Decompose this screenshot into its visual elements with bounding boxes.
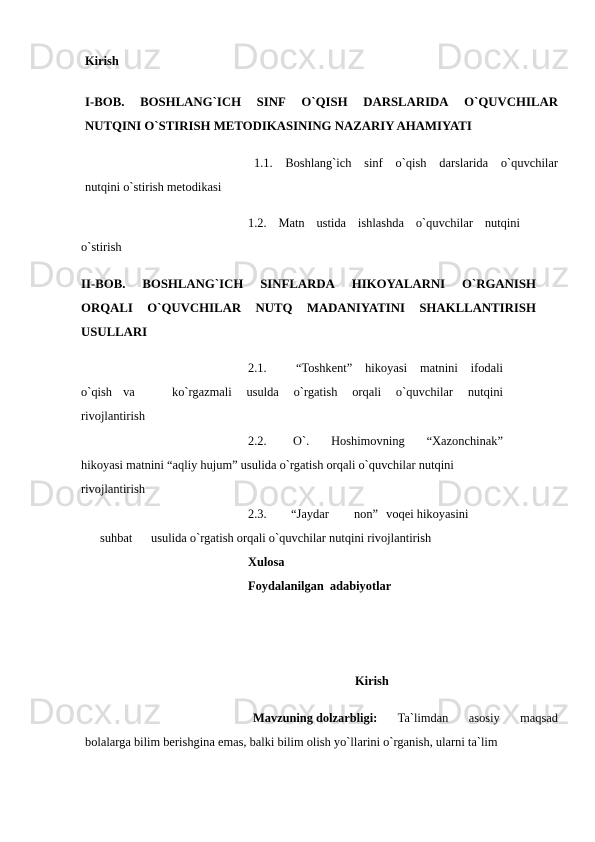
- word: non”: [354, 507, 378, 521]
- toc-references[interactable]: Foydalanilgan adabiyotlar: [248, 580, 391, 592]
- toc-section-1-1-line2[interactable]: nutqini o`stirish metodikasi: [85, 181, 221, 193]
- word: Ta`limdan: [398, 712, 449, 724]
- word: O`RGANISH: [462, 278, 536, 291]
- section-number: 2.3.: [248, 508, 267, 520]
- toc-chapter1-title-line1[interactable]: I-BOB. BOSHLANG`ICH SINF O`QISH DARSLARI…: [85, 96, 558, 109]
- toc-section-2-3-line2a[interactable]: suhbat: [100, 532, 132, 544]
- word: HIKOYALARNI: [352, 278, 445, 291]
- toc-section-2-1-line1[interactable]: “Toshkent” hikoyasi matnini ifodali: [296, 362, 503, 374]
- paragraph-line1: Mavzuning dolzarbligi: Ta`limdan asosiy …: [253, 712, 558, 724]
- toc-section-2-3-line2b[interactable]: usulida o`rgatish orqali o`quvchilar nut…: [151, 532, 431, 544]
- word: orqali: [352, 386, 381, 398]
- word: DARSLARIDA: [363, 96, 448, 109]
- word: usulda: [246, 386, 278, 398]
- word: nutqini: [468, 386, 503, 398]
- word: ishlashda: [358, 217, 404, 229]
- section-number: 2.2.: [248, 435, 267, 447]
- toc-chapter2-title-line1[interactable]: II-BOB. BOSHLANG`ICH SINFLARDA HIKOYALAR…: [81, 278, 536, 291]
- word: O`QUVCHILAR: [147, 302, 241, 315]
- word: o`rgatish: [294, 386, 338, 398]
- word: BOSHLANG`ICH: [140, 96, 241, 109]
- word: II-BOB.: [81, 278, 125, 291]
- toc-section-2-2-line2[interactable]: hikoyasi matnini “aqliy hujum” usulida o…: [81, 459, 454, 471]
- word: Boshlang`ich: [285, 157, 351, 169]
- toc-section-2-1-line2b[interactable]: ko`rgazmali usulda o`rgatish orqali o`qu…: [172, 386, 503, 398]
- toc-section-2-1-line2a[interactable]: o`qish va: [81, 386, 135, 398]
- word: Hoshimovning: [331, 435, 405, 447]
- word: ifodali: [471, 362, 503, 374]
- word: va: [123, 385, 135, 399]
- watermark: Docx.uz: [436, 38, 570, 75]
- word: SINF: [257, 96, 286, 109]
- word: o`quvchilar: [416, 217, 473, 229]
- toc-chapter2-title-line3[interactable]: USULLARI: [81, 326, 147, 339]
- word: sinf: [364, 157, 383, 169]
- word: Matn: [278, 217, 304, 229]
- word: darslarida: [439, 157, 488, 169]
- section-number: 1.1.: [254, 157, 273, 169]
- word: SHAKLLANTIRISH: [419, 302, 536, 315]
- word: I-BOB.: [85, 96, 124, 109]
- section-number: 1.2.: [248, 217, 267, 229]
- word: o`qish: [396, 157, 427, 169]
- lead-label: Mavzuning dolzarbligi:: [253, 712, 377, 724]
- word: asosiy: [469, 712, 500, 724]
- word: MADANIYATINI: [307, 302, 405, 315]
- word: NUTQ: [255, 302, 292, 315]
- toc-chapter2-title-line2[interactable]: ORQALI O`QUVCHILAR NUTQ MADANIYATINI SHA…: [81, 302, 536, 315]
- watermark: Docx.uz: [232, 38, 366, 75]
- toc-conclusion[interactable]: Xulosa: [248, 556, 285, 568]
- word: nutqini: [485, 217, 520, 229]
- word: “Jaydar: [291, 507, 329, 521]
- word: hikoyasi: [365, 362, 407, 374]
- word: O`.: [293, 435, 309, 447]
- word: SINFLARDA: [260, 278, 335, 291]
- word: O`QUVCHILAR: [464, 96, 558, 109]
- word: o`quvchilar: [396, 386, 453, 398]
- word: o`quvchilar: [501, 157, 558, 169]
- word: “Xazonchinak”: [427, 435, 503, 447]
- toc-intro[interactable]: Kirish: [85, 55, 119, 67]
- word: O`QISH: [301, 96, 347, 109]
- word: voqei hikoyasini: [386, 507, 468, 521]
- toc-section-2-2-line3[interactable]: rivojlantirish: [81, 483, 145, 495]
- paragraph-line2: bolalarga bilim berishgina emas, balki b…: [85, 736, 497, 748]
- word: “Toshkent”: [296, 362, 352, 374]
- word: ko`rgazmali: [172, 386, 232, 398]
- toc-chapter1-title-line2[interactable]: NUTQINI O`STIRISH METODIKASINING NAZARIY…: [85, 120, 472, 133]
- toc-section-2-1-line3[interactable]: rivojlantirish: [81, 410, 145, 422]
- section-heading-intro: Kirish: [355, 675, 389, 687]
- toc-section-1-2-line1[interactable]: 1.2. Matn ustida ishlashda o`quvchilar n…: [248, 217, 520, 229]
- word: BOSHLANG`ICH: [142, 278, 243, 291]
- word: matnini: [420, 362, 458, 374]
- toc-section-1-2-line2[interactable]: o`stirish: [81, 241, 122, 253]
- toc-section-2-2-line1[interactable]: O`. Hoshimovning “Xazonchinak”: [293, 435, 503, 447]
- word: ustida: [316, 217, 346, 229]
- word: maqsad: [520, 712, 558, 724]
- word: o`qish: [81, 385, 112, 399]
- toc-section-2-3-line1[interactable]: “Jaydar non” voqei hikoyasini: [291, 508, 468, 520]
- watermark: Docx.uz: [28, 693, 162, 730]
- word: ORQALI: [81, 302, 133, 315]
- toc-section-1-1-line1[interactable]: 1.1. Boshlang`ich sinf o`qish darslarida…: [254, 157, 558, 169]
- section-number: 2.1.: [248, 362, 267, 374]
